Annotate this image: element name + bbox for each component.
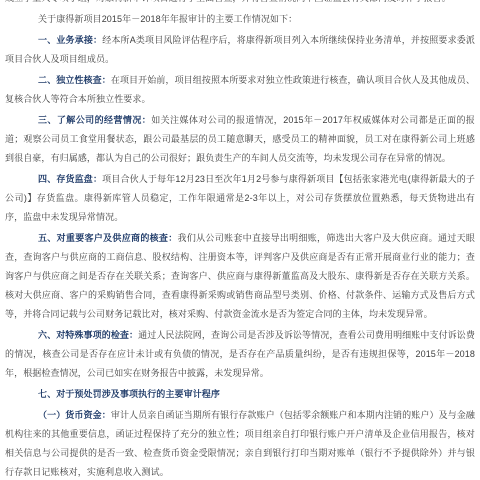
section-heading: 六、对特殊事项的检查： (38, 330, 138, 340)
section-heading: 四、存货监盘： (38, 174, 102, 184)
paragraph: 五、对重要客户及供应商的核查：我们从公司账套中直接导出明细账，筛选出大客户及大供… (5, 229, 475, 324)
paragraph: 关于康得新项目2015年－2018年年报审计的主要工作情况如下： (5, 10, 475, 29)
paragraph: 三、了解公司的经营情况：如关注媒体对公司的报道情况，2015年－2017年权威媒… (5, 111, 475, 168)
section-heading: 七、对于预处罚涉及事项执行的主要审计程序 (38, 389, 220, 399)
paragraph: 一、业务承接：经本所A类项目风险评估程序后，将康得新项目列入本所继续保持业务清单… (5, 31, 475, 69)
document-page: 成立了重大专项小组，对康得新审计项目进行了全面自查，并将自查情况向中国证监会有关… (0, 0, 480, 480)
section-heading: （一）货币资金： (38, 410, 111, 420)
paragraph: 二、独立性核查：在项目开始前，项目组按照本所要求对独立性政策进行核查，确认项目合… (5, 71, 475, 109)
paragraph: 七、对于预处罚涉及事项执行的主要审计程序 (5, 385, 475, 404)
paragraph: 六、对特殊事项的检查：通过人民法院网，查询公司是否涉及诉讼等情况，查看公司费用明… (5, 326, 475, 383)
section-heading: 五、对重要客户及供应商的核查： (38, 233, 178, 243)
section-heading: 三、了解公司的经营情况： (38, 115, 151, 125)
section-heading: 二、独立性核查： (38, 75, 111, 85)
paragraph-text: 我们从公司账套中直接导出明细账，筛选出大客户及大供应商。通过天眼查，查询客户与供… (5, 233, 475, 319)
paragraph-text: 成立了重大专项小组，对康得新审计项目进行了全面自查，并将自查情况向中国证监会有关… (5, 0, 451, 3)
paragraph: 四、存货监盘：项目合伙人于每年12月23日至次年1月2号参与康得新项目【包括张家… (5, 170, 475, 227)
paragraph: （一）货币资金：审计人员亲自函证当期所有银行存款账户（包括零余额账户和本期内注销… (5, 406, 475, 480)
paragraph-text: 关于康得新项目2015年－2018年年报审计的主要工作情况如下： (38, 14, 297, 24)
section-heading: 一、业务承接： (38, 35, 102, 45)
paragraph: 成立了重大专项小组，对康得新审计项目进行了全面自查，并将自查情况向中国证监会有关… (5, 0, 475, 8)
paragraph-text: 审计人员亲自函证当期所有银行存款账户（包括零余额账户和本期内注销的账户）及与金融… (5, 410, 475, 477)
